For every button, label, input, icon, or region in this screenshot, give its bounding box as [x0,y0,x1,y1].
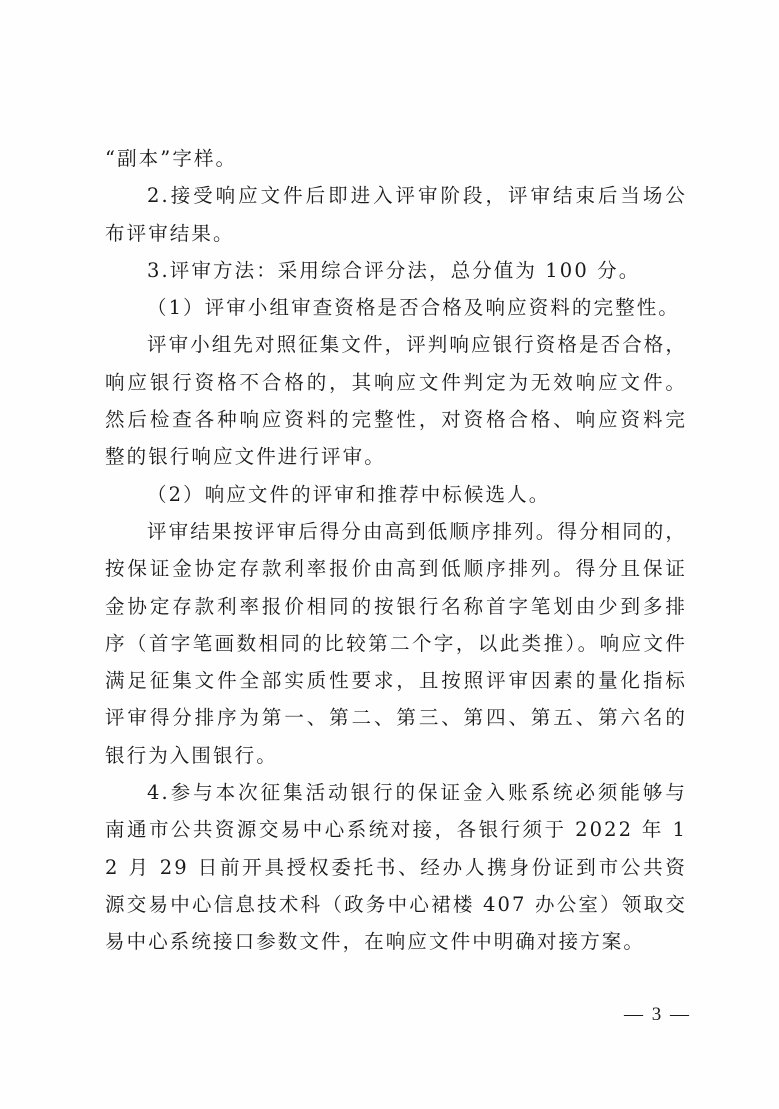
paragraph-item-4-system-integration: 4.参与本次征集活动银行的保证金入账系统必须能够与南通市公共资源交易中心系统对接… [105,774,687,960]
paragraph-subitem-1-body: 评审小组先对照征集文件，评判响应银行资格是否合格，响应银行资格不合格的，其响应文… [105,326,687,475]
paragraph-item-2-review-stage: 2.接受响应文件后即进入评审阶段，评审结束后当场公布评审结果。 [105,177,687,252]
document-body: “副本”字样。 2.接受响应文件后即进入评审阶段，评审结束后当场公布评审结果。 … [105,140,687,961]
paragraph-copy-marking-continuation: “副本”字样。 [105,140,687,177]
paragraph-item-3-review-method: 3.评审方法：采用综合评分法，总分值为 100 分。 [105,252,687,289]
page-number: — 3 — [624,1004,691,1026]
document-page: “副本”字样。 2.接受响应文件后即进入评审阶段，评审结束后当场公布评审结果。 … [0,0,779,1109]
paragraph-subitem-2-body: 评审结果按评审后得分由高到低顺序排列。得分相同的，按保证金协定存款利率报价由高到… [105,513,687,774]
paragraph-subitem-1-heading: （1）评审小组审查资格是否合格及响应资料的完整性。 [105,289,687,326]
paragraph-subitem-2-heading: （2）响应文件的评审和推荐中标候选人。 [105,476,687,513]
